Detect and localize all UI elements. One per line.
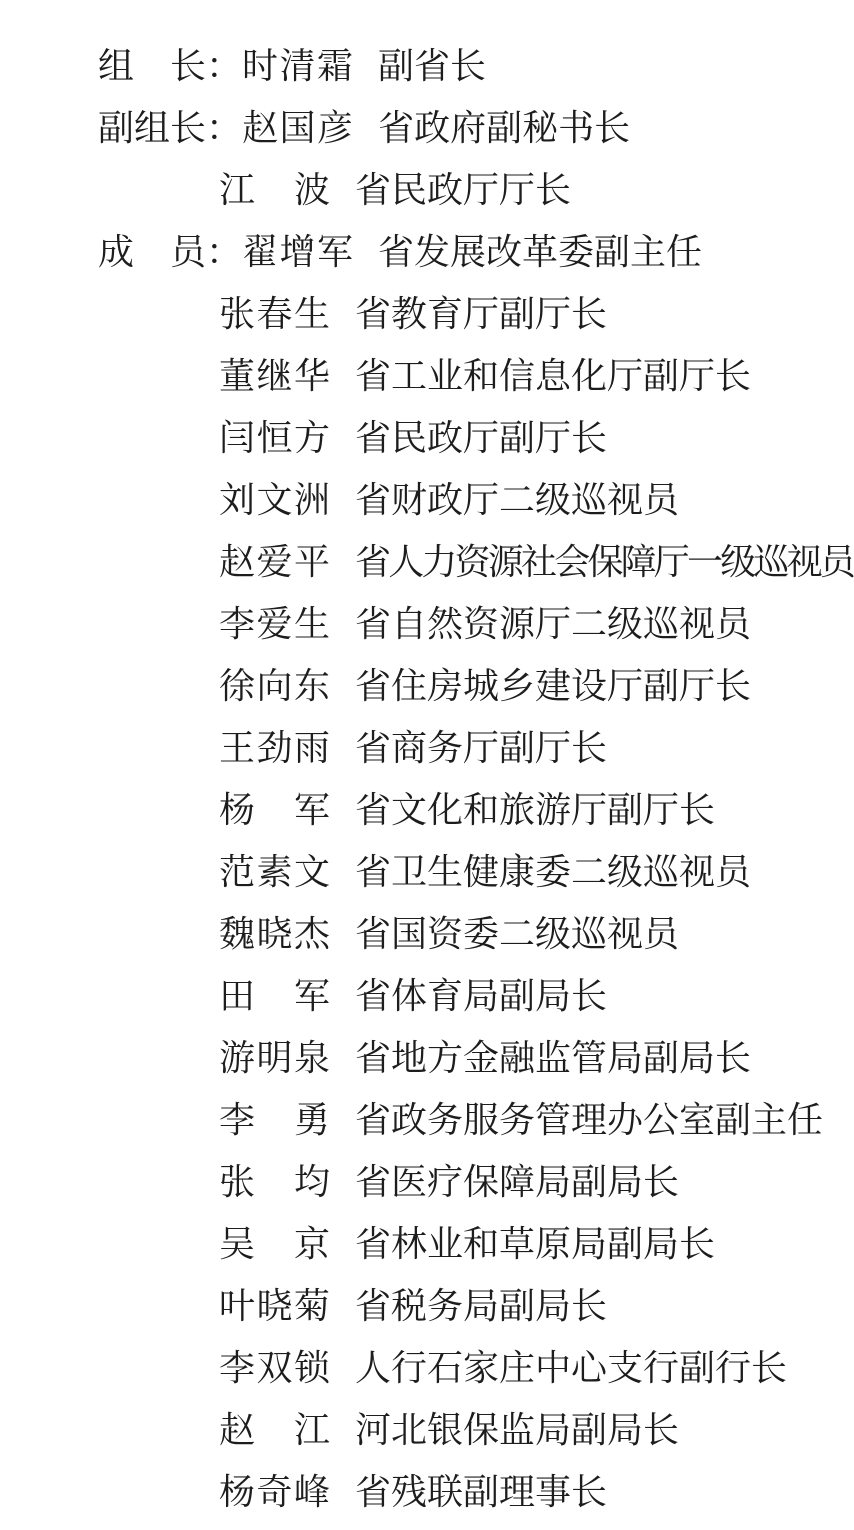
person-name: 杨奇峰 xyxy=(219,1474,330,1510)
person-name: 徐向东 xyxy=(219,668,330,704)
roster-row: 田军 省体育局副局长 xyxy=(0,965,854,1027)
person-title: 省教育厅副厅长 xyxy=(355,296,607,332)
person-title: 河北银保监局副局长 xyxy=(355,1412,679,1448)
person-name: 李勇 xyxy=(219,1102,330,1138)
person-name: 游明泉 xyxy=(219,1040,330,1076)
person-name: 翟增军 xyxy=(242,234,353,270)
person-title: 省政务服务管理办公室副主任 xyxy=(355,1102,823,1138)
roster-row: 杨奇峰 省残联副理事长 xyxy=(0,1461,854,1523)
roster-row: 范素文 省卫生健康委二级巡视员 xyxy=(0,841,854,903)
person-name: 杨军 xyxy=(219,792,330,828)
person-name: 江波 xyxy=(219,172,330,208)
roster-row: 李双锁 人行石家庄中心支行副行长 xyxy=(0,1337,854,1399)
person-title: 省文化和旅游厅副厅长 xyxy=(355,792,715,828)
roster-row: 魏晓杰 省国资委二级巡视员 xyxy=(0,903,854,965)
person-name: 田军 xyxy=(219,978,330,1014)
leadership-roster: 组长： 时清霜 副省长 副组长： 赵国彦 省政府副秘书长 江波 省民政厅厅长 成… xyxy=(0,35,854,1523)
person-title: 省林业和草原局副局长 xyxy=(355,1226,715,1262)
person-title: 省国资委二级巡视员 xyxy=(355,916,679,952)
person-title: 省体育局副局长 xyxy=(355,978,607,1014)
role-text: 组长 xyxy=(98,48,206,84)
person-name: 李双锁 xyxy=(219,1350,330,1386)
roster-row: 副组长： 赵国彦 省政府副秘书长 xyxy=(0,97,854,159)
role-colon: ： xyxy=(206,48,242,84)
person-title: 省政府副秘书长 xyxy=(378,110,630,146)
person-name: 刘文洲 xyxy=(219,482,330,518)
person-name: 魏晓杰 xyxy=(219,916,330,952)
person-title: 省地方金融监管局副局长 xyxy=(355,1040,751,1076)
person-name: 赵国彦 xyxy=(242,110,353,146)
person-name: 李爱生 xyxy=(219,606,330,642)
role-label: 成员： xyxy=(98,234,242,270)
role-label: 组长： xyxy=(98,48,242,84)
person-title: 省财政厅二级巡视员 xyxy=(355,482,679,518)
person-title: 省医疗保障局副局长 xyxy=(355,1164,679,1200)
roster-row: 王劲雨 省商务厅副厅长 xyxy=(0,717,854,779)
person-name: 赵爱平 xyxy=(219,544,330,580)
roster-row: 刘文洲 省财政厅二级巡视员 xyxy=(0,469,854,531)
roster-row: 组长： 时清霜 副省长 xyxy=(0,35,854,97)
person-name: 吴京 xyxy=(219,1226,330,1262)
roster-row: 江波 省民政厅厅长 xyxy=(0,159,854,221)
roster-row: 杨军 省文化和旅游厅副厅长 xyxy=(0,779,854,841)
roster-row: 张春生 省教育厅副厅长 xyxy=(0,283,854,345)
roster-row: 张均 省医疗保障局副局长 xyxy=(0,1151,854,1213)
roster-row: 游明泉 省地方金融监管局副局长 xyxy=(0,1027,854,1089)
person-title: 副省长 xyxy=(378,48,486,84)
person-name: 范素文 xyxy=(219,854,330,890)
person-name: 叶晓菊 xyxy=(219,1288,330,1324)
role-colon: ： xyxy=(206,234,242,270)
roster-row: 吴京 省林业和草原局副局长 xyxy=(0,1213,854,1275)
person-title: 省住房城乡建设厅副厅长 xyxy=(355,668,751,704)
roster-row: 赵江 河北银保监局副局长 xyxy=(0,1399,854,1461)
person-name: 时清霜 xyxy=(242,48,353,84)
person-title: 省工业和信息化厅副厅长 xyxy=(355,358,751,394)
roster-row: 徐向东 省住房城乡建设厅副厅长 xyxy=(0,655,854,717)
person-name: 王劲雨 xyxy=(219,730,330,766)
person-title: 省税务局副局长 xyxy=(355,1288,607,1324)
role-text: 副组长 xyxy=(98,110,206,146)
person-title: 省自然资源厅二级巡视员 xyxy=(355,606,751,642)
roster-row: 董继华 省工业和信息化厅副厅长 xyxy=(0,345,854,407)
person-name: 张春生 xyxy=(219,296,330,332)
person-title: 省民政厅副厅长 xyxy=(355,420,607,456)
person-title: 人行石家庄中心支行副行长 xyxy=(355,1350,787,1386)
person-title: 省残联副理事长 xyxy=(355,1474,607,1510)
roster-row: 叶晓菊 省税务局副局长 xyxy=(0,1275,854,1337)
role-text: 成员 xyxy=(98,234,206,270)
person-name: 董继华 xyxy=(219,358,330,394)
person-name: 张均 xyxy=(219,1164,330,1200)
document-page: 组长： 时清霜 副省长 副组长： 赵国彦 省政府副秘书长 江波 省民政厅厅长 成… xyxy=(0,0,854,1530)
roster-row: 李爱生 省自然资源厅二级巡视员 xyxy=(0,593,854,655)
person-title: 省民政厅厅长 xyxy=(355,172,571,208)
roster-row: 赵爱平 省人力资源社会保障厅一级巡视员 xyxy=(0,531,854,593)
role-label: 副组长： xyxy=(98,110,242,146)
roster-row: 闫恒方 省民政厅副厅长 xyxy=(0,407,854,469)
roster-row: 李勇 省政务服务管理办公室副主任 xyxy=(0,1089,854,1151)
person-title: 省商务厅副厅长 xyxy=(355,730,607,766)
person-title: 省人力资源社会保障厅一级巡视员 xyxy=(355,544,853,580)
person-name: 赵江 xyxy=(219,1412,330,1448)
person-title: 省发展改革委副主任 xyxy=(378,234,702,270)
role-colon: ： xyxy=(206,110,242,146)
person-title: 省卫生健康委二级巡视员 xyxy=(355,854,751,890)
person-name: 闫恒方 xyxy=(219,420,330,456)
roster-row: 成员： 翟增军 省发展改革委副主任 xyxy=(0,221,854,283)
